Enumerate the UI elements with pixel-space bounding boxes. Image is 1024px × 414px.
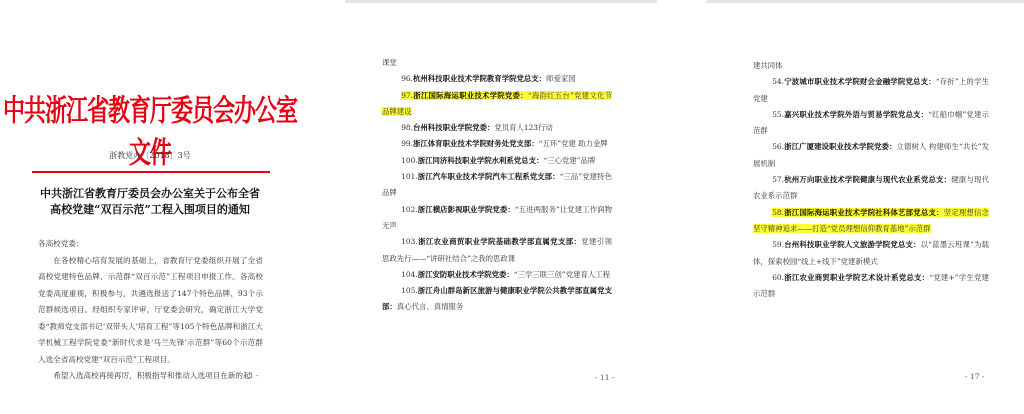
salutation: 各高校党委： <box>38 236 263 253</box>
item-project: “三心党建”品牌 <box>543 156 595 165</box>
list-item: 103.浙江农业商贸职业学院基础教学部直属党支部：党建引领 思政先行——“讲研社… <box>382 234 612 267</box>
project-list: 课堂 96.杭州科技职业技术学院教育学院党总支：师爱家园 97.浙江国际海运职业… <box>382 55 612 316</box>
continued-text: 建共同体 <box>753 58 989 74</box>
item-organization: 杭州科技职业技术学院教育学院党总支： <box>413 74 546 83</box>
list-item-highlighted: 97.浙江国际海运职业技术学院党委：“海韵红五台”党建文化节品牌建设 <box>382 88 612 121</box>
continued-text: 课堂 <box>382 55 612 71</box>
document-number: 浙教党办〔2018〕3号 <box>0 150 300 161</box>
item-organization: 浙江广厦建设职业技术学院党委： <box>784 142 896 151</box>
item-organization: 浙江农业商贸职业学院艺术设计系党总支： <box>784 273 929 282</box>
item-organization: 台州科技职业学院党委： <box>413 123 494 132</box>
document-page-11: 课堂 96.杭州科技职业技术学院教育学院党总支：师爱家园 97.浙江国际海运职业… <box>345 0 657 414</box>
list-item: 99.浙江体育职业技术学院财务处党支部：“五环”党建 助力金牌 <box>382 136 612 152</box>
item-project: 真心代言、真情服务 <box>397 302 464 311</box>
page-number: - 11 - <box>595 373 614 382</box>
list-item: 55.嘉兴职业技术学院外语与贸易学院党总支：“红船巾帼”党建示范群 <box>753 107 989 140</box>
item-organization: 浙江同济科技职业学院水利系党总支： <box>418 156 544 165</box>
list-item: 98.台州科技职业学院党委：党员育人123行动 <box>382 120 612 136</box>
item-organization: 杭州万向职业技术学院健康与现代农业系党总支： <box>784 175 951 184</box>
notice-title-line-1: 中共浙江省教育厅委员会办公室关于公布全省 <box>0 186 300 202</box>
item-project: 师爱家园 <box>546 74 576 83</box>
item-organization: 浙江国际海运职业技术学院社科体艺部党总支： <box>784 208 944 217</box>
project-list: 建共同体 54.宁波城市职业技术学院财会金融学院党总支：“存折”上的学生党建 5… <box>753 58 989 302</box>
document-page-1: 中共浙江省教育厅委员会办公室文件 浙教党办〔2018〕3号 中共浙江省教育厅委员… <box>0 0 300 414</box>
notice-title: 中共浙江省教育厅委员会办公室关于公布全省 高校党建“双百示范”工程入围项目的通知 <box>0 186 300 218</box>
red-divider <box>32 171 270 173</box>
item-organization: 浙江汽车职业技术学院汽车工程系党支部： <box>418 172 560 181</box>
list-item: 105.浙江舟山群岛新区旅游与健康职业学院公共教学部直属党支部：真心代言、真情服… <box>382 283 612 316</box>
item-organization: 嘉兴职业技术学院外语与贸易学院党总支： <box>784 110 928 119</box>
notice-title-line-2: 高校党建“双百示范”工程入围项目的通知 <box>0 202 300 218</box>
item-project: “五环”党建 助力金牌 <box>539 139 608 148</box>
list-item: 96.杭州科技职业技术学院教育学院党总支：师爱家园 <box>382 71 612 87</box>
list-item: 56.浙江广厦建设职业技术学院党委：立德树人 构建师生“共长”发展机制 <box>753 139 989 172</box>
list-item: 60.浙江农业商贸职业学院艺术设计系党总支：“党建+”学生党建示范群 <box>753 270 989 303</box>
list-item: 54.宁波城市职业技术学院财会金融学院党总支：“存折”上的学生党建 <box>753 74 989 107</box>
list-item: 101.浙江汽车职业技术学院汽车工程系党支部：“三品”党建特色品牌 <box>382 169 612 202</box>
item-organization: 浙江横店影视职业学院党委： <box>418 205 515 214</box>
item-project: 党员育人123行动 <box>494 123 552 132</box>
document-page-17: 建共同体 54.宁波城市职业技术学院财会金融学院党总支：“存折”上的学生党建 5… <box>706 0 1024 414</box>
item-organization: 浙江农业商贸职业学院基础教学部直属党支部： <box>418 237 582 246</box>
item-organization: 浙江国际海运职业技术学院党委： <box>413 91 528 100</box>
page-number: - 1 - <box>244 371 259 380</box>
body-paragraph-2: 希望入选高校再接再厉，积极指导和推动入选项目在新的起 <box>38 368 263 385</box>
page-number: - 17 - <box>965 372 984 381</box>
list-item: 102.浙江横店影视职业学院党委：“五进两服务”让党建工作润物无声 <box>382 202 612 235</box>
item-organization: 浙江安防职业技术学院党委： <box>418 270 514 279</box>
list-item: 59.台州科技职业学院人文旅游学院党总支：以“蓝墨云班课”为载体，探索校园“线上… <box>753 237 989 270</box>
item-organization: 台州科技职业学院人文旅游学院党总支： <box>784 240 921 249</box>
item-organization: 宁波城市职业技术学院财会金融学院党总支： <box>784 77 936 86</box>
notice-body: 各高校党委： 在各校精心培育发展的基础上，省教育厅党委组织开展了全省高校党建特色… <box>38 236 263 385</box>
list-item: 57.杭州万向职业技术学院健康与现代农业系党总支：健康与现代农业系示范群 <box>753 172 989 205</box>
list-item-highlighted: 58.浙江国际海运职业技术学院社科体艺部党总支：坚定理想信念 坚守精神追求——打… <box>753 205 989 238</box>
list-item: 100.浙江同济科技职业学院水利系党总支：“三心党建”品牌 <box>382 153 612 169</box>
body-paragraph-1: 在各校精心培育发展的基础上，省教育厅党委组织开展了全省高校党建特色品牌、示范群“… <box>38 253 263 369</box>
item-organization: 浙江体育职业技术学院财务处党支部： <box>413 139 539 148</box>
list-item: 104.浙江安防职业技术学院党委：“三学三联三创”党建育人工程 <box>382 267 612 283</box>
item-project: “三学三联三创”党建育人工程 <box>514 270 610 279</box>
